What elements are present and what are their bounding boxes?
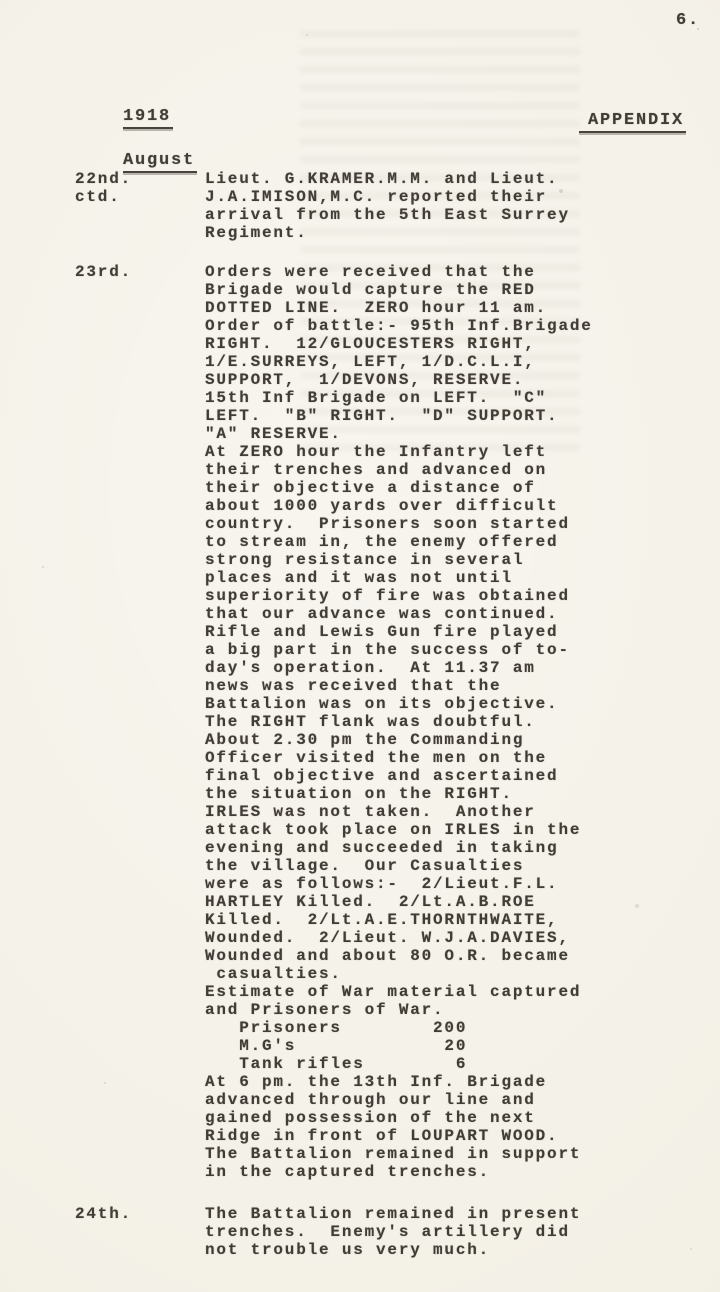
- appendix-heading: APPENDIX: [531, 94, 686, 151]
- entry-date: 22nd. ctd.: [75, 170, 205, 206]
- diary-entry-24th: 24th. The Battalion remained in present …: [75, 1205, 704, 1259]
- paper-specks: [0, 0, 2, 2]
- entry-date: 24th.: [75, 1205, 205, 1223]
- diary-entry-22nd: 22nd. ctd. Lieut. G.KRAMER.M.M. and Lieu…: [75, 170, 704, 242]
- entry-text: Orders were received that the Brigade wo…: [205, 263, 704, 1181]
- entry-date: 23rd.: [75, 263, 205, 281]
- diary-entry-23rd: 23rd. Orders were received that the Brig…: [75, 263, 704, 1181]
- page-number: 6.: [676, 12, 700, 30]
- year-text: 1918: [123, 108, 173, 129]
- entry-text: Lieut. G.KRAMER.M.M. and Lieut. J.A.IMIS…: [205, 170, 704, 242]
- appendix-text: APPENDIX: [579, 112, 686, 133]
- war-diary-page: 6. 1918 APPENDIX August 22nd. ctd. Lieut…: [0, 0, 720, 1292]
- entry-text: The Battalion remained in present trench…: [205, 1205, 704, 1259]
